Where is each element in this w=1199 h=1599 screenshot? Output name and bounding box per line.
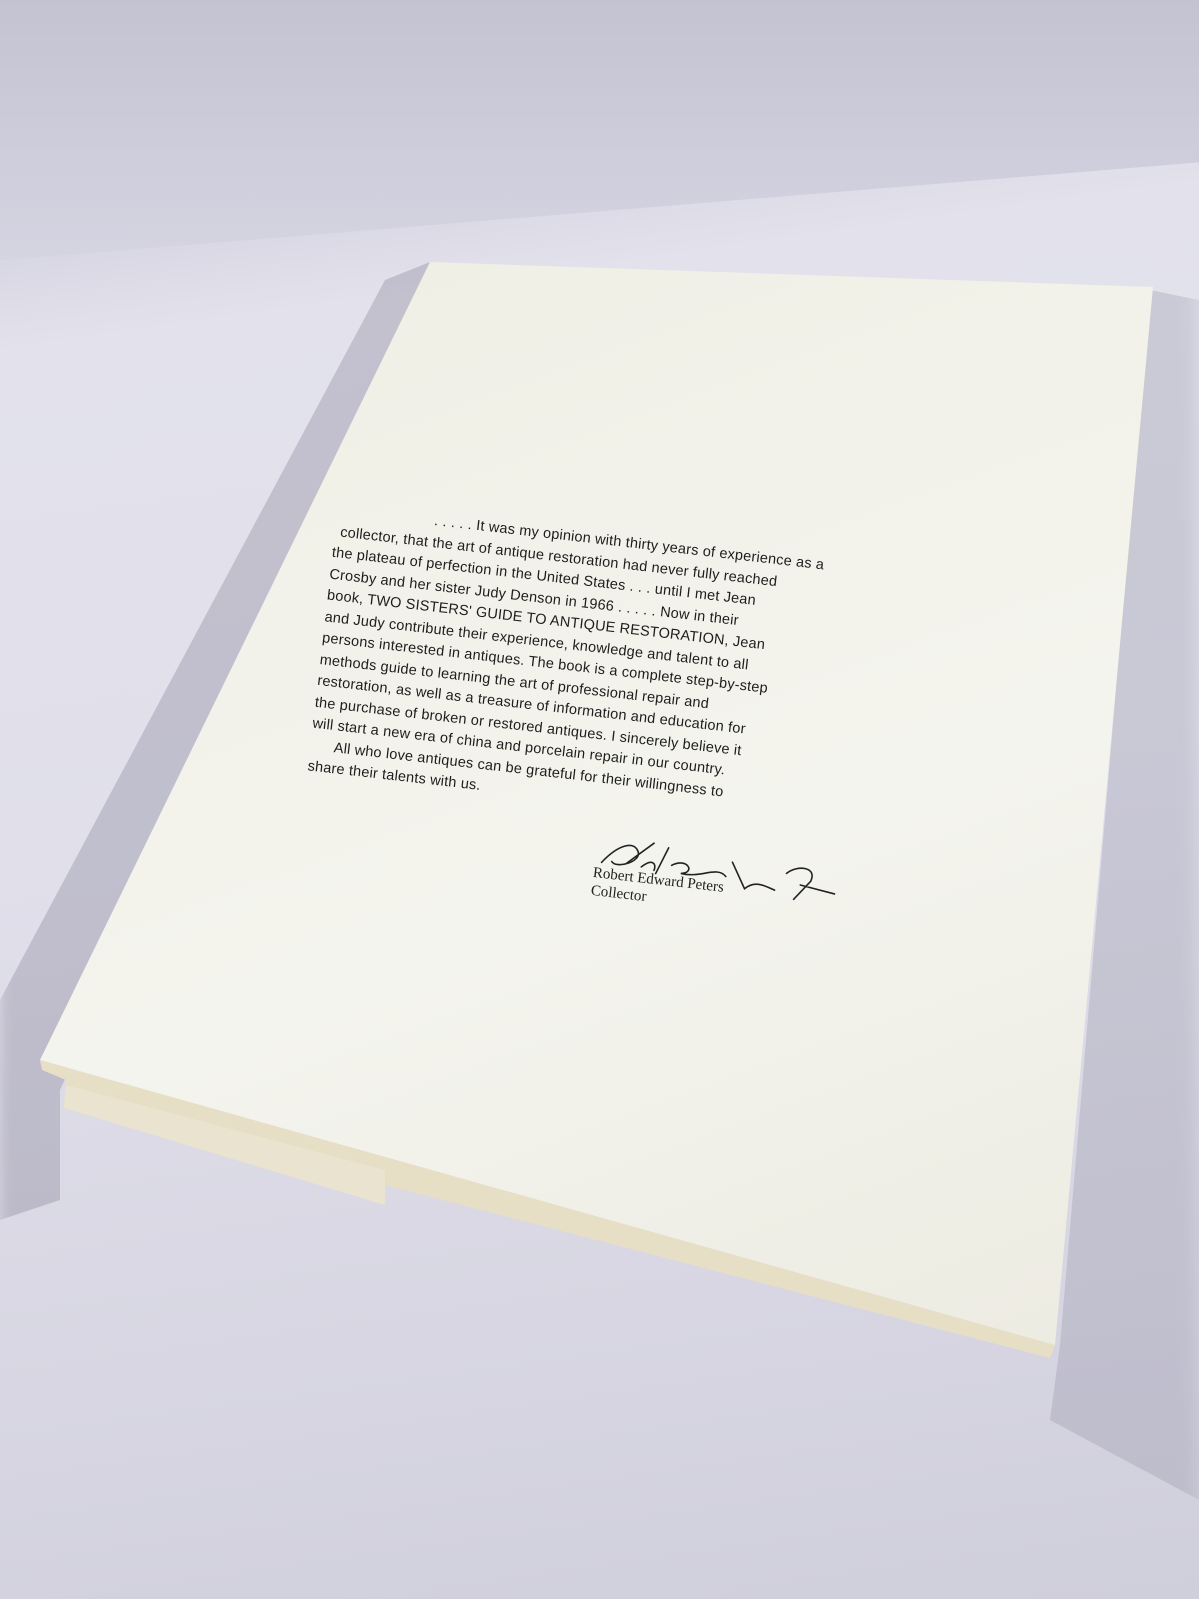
background-wall bbox=[0, 0, 1199, 280]
